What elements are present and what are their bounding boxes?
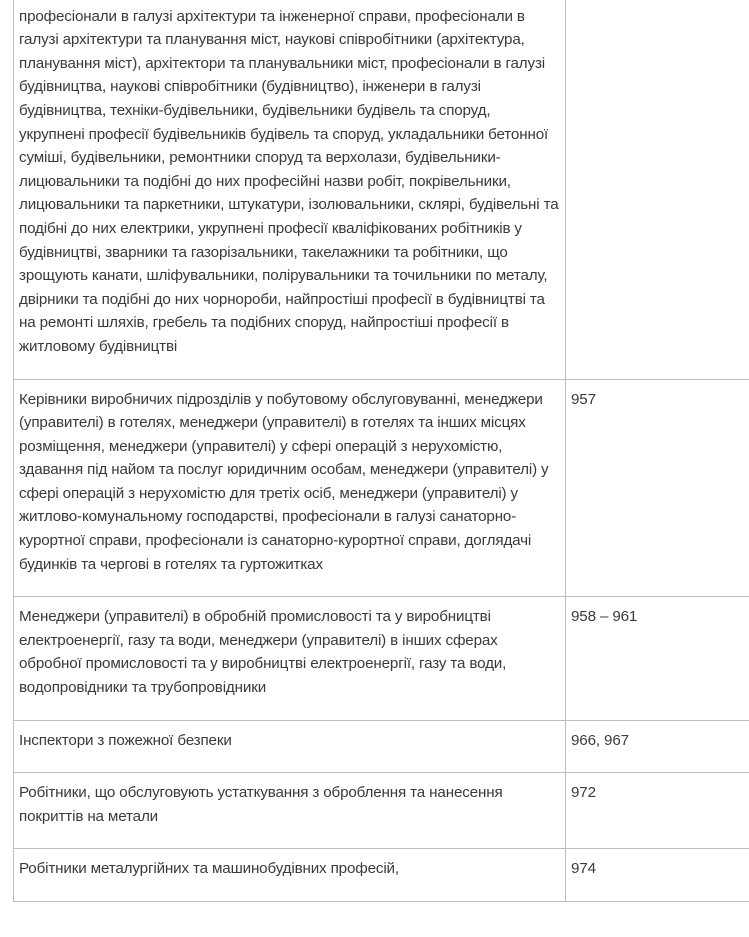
profession-code-cell: 957 [566,379,749,597]
profession-description-cell: Керівники виробничих підрозділів у побут… [14,379,566,597]
profession-code-cell [566,0,749,379]
profession-description-cell: Інспектори з пожежної безпеки [14,720,566,773]
table-row: Робітники металургійних та машинобудівни… [14,849,749,902]
professions-table: архітектури та будівництва, технічного к… [13,0,749,902]
table-row: Інспектори з пожежної безпеки 966, 967 [14,720,749,773]
table-row: Менеджери (управителі) в обробній промис… [14,597,749,720]
profession-description-cell: Менеджери (управителі) в обробній промис… [14,597,566,720]
table-row: Робітники, що обслуговують устаткування … [14,773,749,849]
profession-description-cell: Робітники металургійних та машинобудівни… [14,849,566,902]
table-row: архітектури та будівництва, технічного к… [14,0,749,379]
document-page: архітектури та будівництва, технічного к… [0,0,749,937]
profession-description-cell: архітектури та будівництва, технічного к… [14,0,566,379]
profession-code-cell: 966, 967 [566,720,749,773]
profession-code-cell: 958 – 961 [566,597,749,720]
profession-code-cell: 972 [566,773,749,849]
profession-description-cell: Робітники, що обслуговують устаткування … [14,773,566,849]
profession-code-cell: 974 [566,849,749,902]
table-row: Керівники виробничих підрозділів у побут… [14,379,749,597]
